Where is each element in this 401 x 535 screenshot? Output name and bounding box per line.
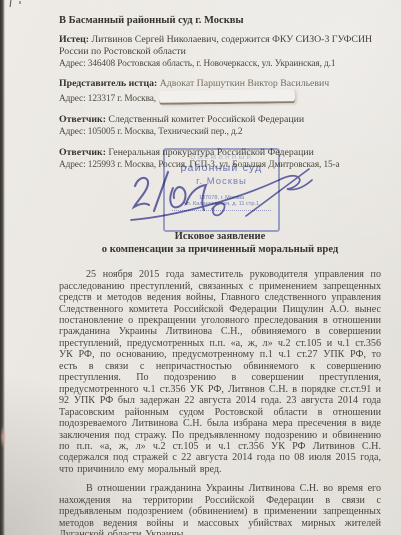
body-paragraph-2: В отношении гражданина Украины Литвинова…: [59, 483, 381, 535]
pen-corner-mark: [8, 0, 26, 10]
body-paragraph-1: 25 ноября 2015 года заместитель руководи…: [59, 269, 381, 475]
party-address: Адрес: 105005 г. Москва, Технический пер…: [59, 126, 381, 138]
party-line: Ответчик: Следственный комитет Российско…: [59, 114, 381, 126]
party-role-label: Истец:: [59, 34, 89, 45]
party-name: Следственный комитет Российской Федераци…: [108, 114, 304, 125]
party-address: Адрес: 346408 Ростовская область, г. Нов…: [59, 58, 381, 70]
party-line: Истец: Литвинов Сергей Николаевич, содер…: [59, 34, 381, 58]
title-line-2: о компенсации за причиненный моральный в…: [59, 244, 381, 257]
handwritten-date-signature: [128, 157, 318, 235]
party-address-text: Адрес: 123317 г. Москва,: [59, 94, 156, 104]
document-body: В Басманный районный суд г. Москвы Истец…: [59, 0, 381, 535]
party-block-defendant-1: Ответчик: Следственный комитет Российско…: [59, 114, 381, 138]
pink-ink-smudge: [0, 425, 6, 449]
party-role-label: Ответчик:: [59, 114, 106, 125]
document-photo: В Басманный районный суд г. Москвы Истец…: [0, 0, 401, 535]
party-block-representative: Представитель истца: Адвокат Паршуткин В…: [59, 78, 381, 105]
whiteout-redaction-patch: [159, 89, 295, 105]
party-name: Литвинов Сергей Николаевич, содержится Ф…: [59, 34, 372, 57]
court-header: В Басманный районный суд г. Москвы: [59, 14, 381, 27]
party-name: Адвокат Паршуткин Виктор Васильевич: [160, 78, 329, 89]
party-role-label: Ответчик:: [59, 147, 106, 158]
party-address: Адрес: 123317 г. Москва,: [59, 90, 381, 105]
party-role-label: Представитель истца:: [59, 78, 157, 89]
photo-left-edge: [0, 0, 5, 535]
party-line: Представитель истца: Адвокат Паршуткин В…: [59, 78, 381, 90]
party-block-plaintiff: Истец: Литвинов Сергей Николаевич, содер…: [59, 34, 381, 70]
